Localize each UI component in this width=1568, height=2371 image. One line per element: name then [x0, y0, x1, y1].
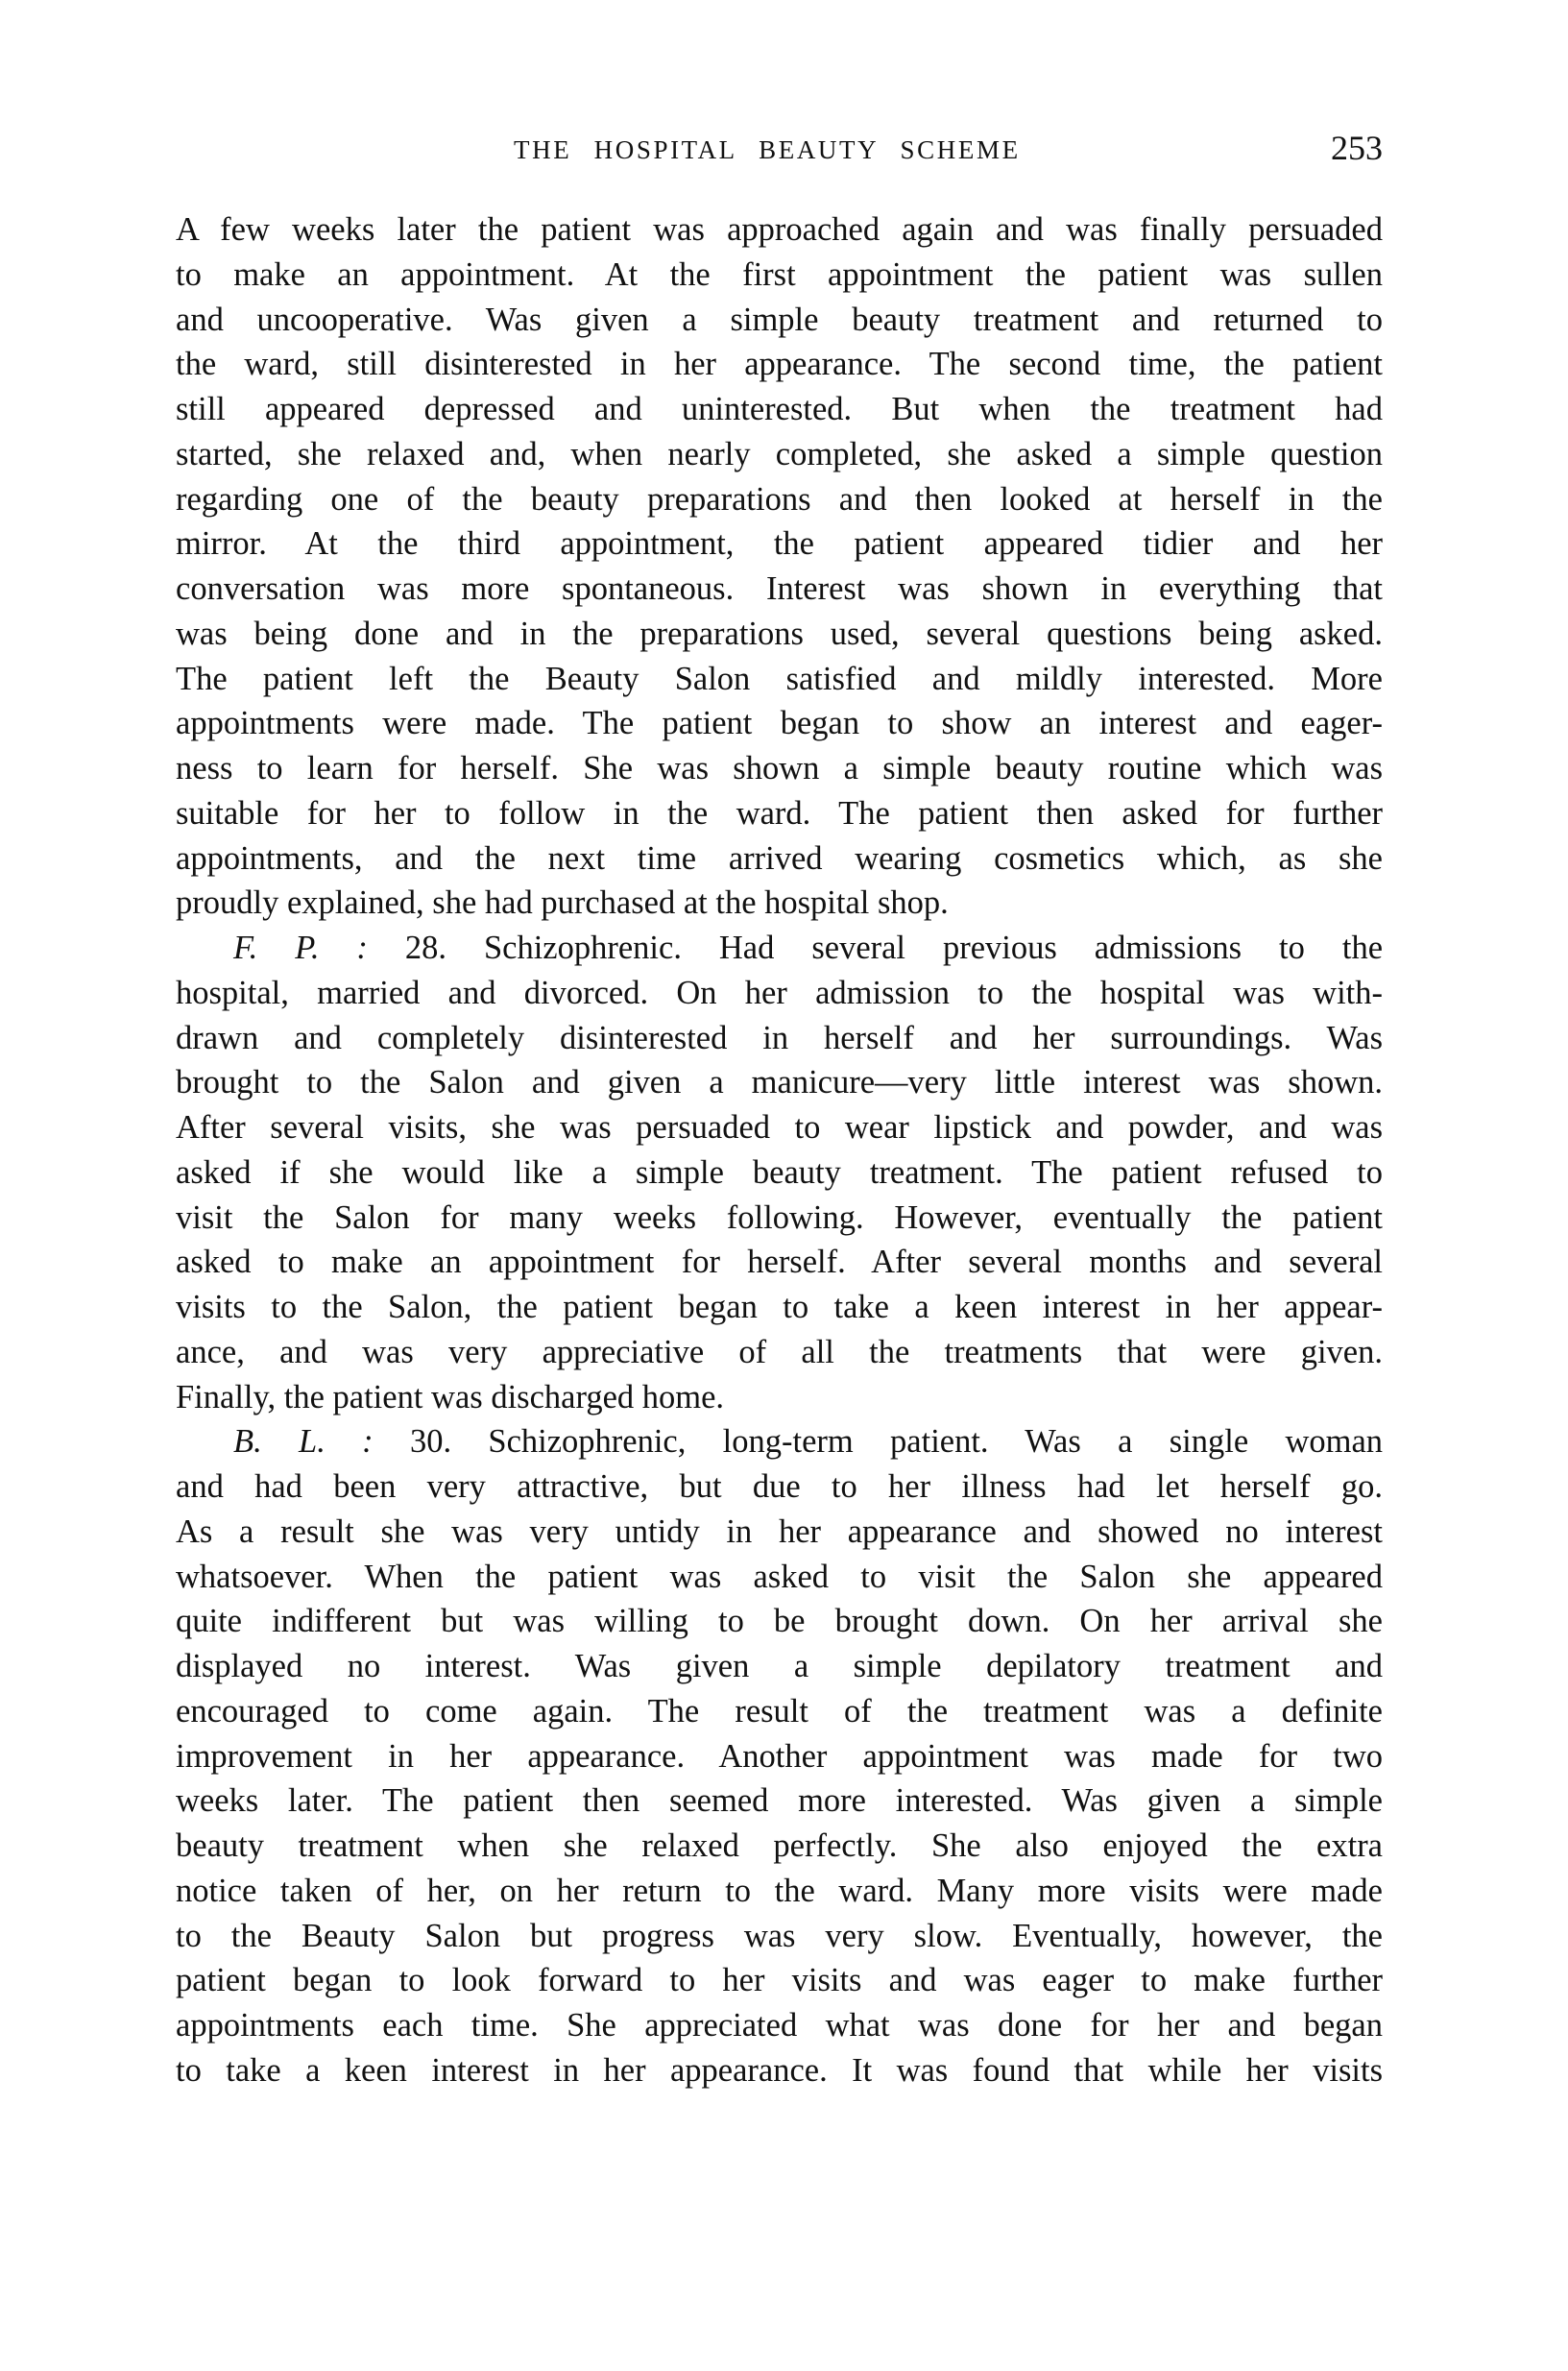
text-line: drawn and completely disinterested in he…	[176, 1016, 1383, 1061]
text-line: and had been very attractive, but due to…	[176, 1464, 1383, 1510]
text-line: As a result she was very untidy in her a…	[176, 1510, 1383, 1555]
text-line: visit the Salon for many weeks following…	[176, 1196, 1383, 1241]
text-line: appointments were made. The patient bega…	[176, 701, 1383, 746]
text-line: notice taken of her, on her return to th…	[176, 1869, 1383, 1914]
running-head: THE HOSPITAL BEAUTY SCHEME 253	[176, 123, 1383, 171]
text-line: visits to the Salon, the patient began t…	[176, 1285, 1383, 1330]
text-line: displayed no interest. Was given a simpl…	[176, 1644, 1383, 1689]
case-paragraph-fp: F. P. : 28. Schizophrenic. Had several p…	[176, 926, 1383, 1419]
text-line: A few weeks later the patient was approa…	[176, 207, 1383, 253]
running-head-title: THE HOSPITAL BEAUTY SCHEME	[514, 134, 1021, 165]
text-line: to the Beauty Salon but progress was ver…	[176, 1914, 1383, 1959]
text-line: the ward, still disinterested in her app…	[176, 342, 1383, 387]
page-number: 253	[1331, 129, 1383, 167]
text-line: appointments each time. She appreciated …	[176, 2003, 1383, 2048]
text-line: quite indifferent but was willing to be …	[176, 1599, 1383, 1644]
text-line: whatsoever. When the patient was asked t…	[176, 1555, 1383, 1600]
text-line: to take a keen interest in her appearanc…	[176, 2048, 1383, 2093]
case-first-line: B. L. : 30. Schizophrenic, long-term pat…	[176, 1419, 1383, 1464]
text-line: The patient left the Beauty Salon satisf…	[176, 657, 1383, 702]
text-line: beauty treatment when she relaxed perfec…	[176, 1824, 1383, 1869]
case-first-line-text: 28. Schizophrenic. Had several previous …	[368, 930, 1383, 966]
text-line: hospital, married and divorced. On her a…	[176, 971, 1383, 1016]
text-line: to make an appointment. At the first app…	[176, 253, 1383, 298]
text-line: weeks later. The patient then seemed mor…	[176, 1778, 1383, 1824]
case-first-line: F. P. : 28. Schizophrenic. Had several p…	[176, 926, 1383, 971]
text-line: encouraged to come again. The result of …	[176, 1689, 1383, 1734]
text-line: improvement in her appearance. Another a…	[176, 1734, 1383, 1779]
text-line: ance, and was very appreciative of all t…	[176, 1330, 1383, 1375]
text-line: suitable for her to follow in the ward. …	[176, 791, 1383, 836]
text-line: was being done and in the preparations u…	[176, 612, 1383, 657]
text-line: still appeared depressed and unintereste…	[176, 387, 1383, 432]
paragraph-continuation: A few weeks later the patient was approa…	[176, 207, 1383, 926]
case-paragraph-bl: B. L. : 30. Schizophrenic, long-term pat…	[176, 1419, 1383, 2093]
text-line: proudly explained, she had purchased at …	[176, 881, 1383, 926]
text-line: asked to make an appointment for herself…	[176, 1240, 1383, 1285]
case-first-line-text: 30. Schizophrenic, long-term patient. Wa…	[374, 1423, 1383, 1460]
text-line: conversation was more spontaneous. Inter…	[176, 567, 1383, 612]
text-line: started, she relaxed and, when nearly co…	[176, 432, 1383, 477]
text-line: regarding one of the beauty preparations…	[176, 477, 1383, 522]
text-line: ness to learn for herself. She was shown…	[176, 746, 1383, 791]
text-line: patient began to look forward to her vis…	[176, 1958, 1383, 2003]
case-label: B. L. :	[233, 1423, 374, 1460]
text-line: and uncooperative. Was given a simple be…	[176, 298, 1383, 343]
text-line: mirror. At the third appointment, the pa…	[176, 521, 1383, 567]
body-text: A few weeks later the patient was approa…	[176, 207, 1383, 2093]
text-line: After several visits, she was persuaded …	[176, 1105, 1383, 1150]
case-label: F. P. :	[233, 930, 368, 966]
text-line: brought to the Salon and given a manicur…	[176, 1060, 1383, 1105]
text-line: Finally, the patient was discharged home…	[176, 1375, 1383, 1420]
text-line: asked if she would like a simple beauty …	[176, 1150, 1383, 1196]
text-line: appointments, and the next time arrived …	[176, 836, 1383, 882]
book-page: THE HOSPITAL BEAUTY SCHEME 253 A few wee…	[0, 0, 1568, 2371]
